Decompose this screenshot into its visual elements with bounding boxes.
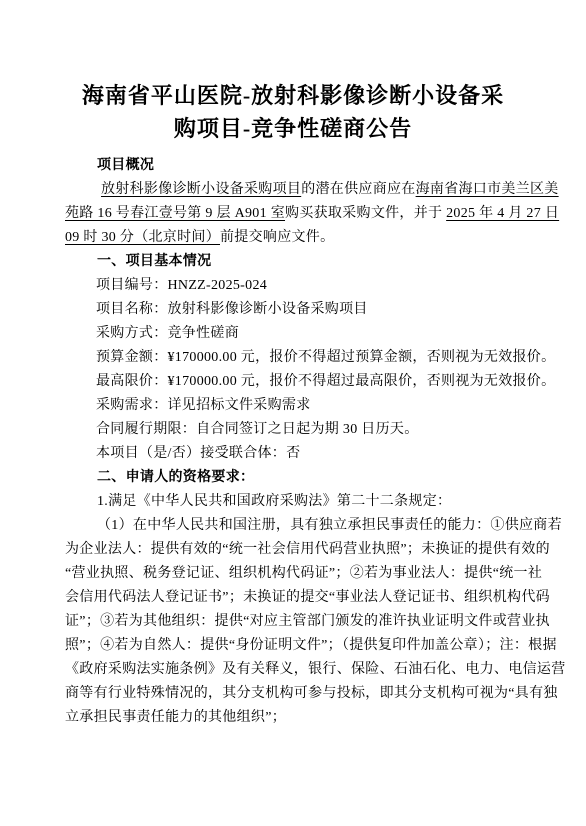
text-segment: 采购方式：竞争性磋商 bbox=[96, 326, 239, 341]
text-segment: 的潜在供应商应在 bbox=[301, 182, 415, 197]
text-segment: 照”；④若为自然人：提供“身份证明文件”；（提供复印件加盖公章）；注：根据 bbox=[65, 638, 557, 653]
text-segment: “营业执照、税务登记证、组织机构代码证”；②若为事业法人：提供“统一社 bbox=[65, 566, 542, 581]
document-line: 预算金额：¥170000.00 元，报价不得超过预算金额，否则视为无效报价。 bbox=[65, 346, 528, 370]
document-line: 本项目（是/否）接受联合体：否 bbox=[65, 442, 528, 466]
document-line: 1.满足《中华人民共和国政府采购法》第二十二条规定： bbox=[65, 490, 528, 514]
text-segment: 预算金额：¥170000.00 元，报价不得超过预算金额，否则视为无效报价。 bbox=[96, 350, 555, 365]
text-segment: 本项目（是/否）接受联合体：否 bbox=[96, 446, 300, 461]
document-line: 苑路 16 号春江壹号第 9 层 A901 室购买获取采购文件，并于 2025 … bbox=[65, 202, 528, 226]
text-segment: 项目概况 bbox=[97, 158, 154, 173]
document-line: 合同履行期限：自合同签订之日起为期 30 日历天。 bbox=[65, 418, 528, 442]
underlined-text-segment: 海南省海口市美兰区美 bbox=[416, 182, 559, 197]
text-segment: 商等有行业特殊情况的，其分支机构可参与投标，即其分支机构可视为“具有独 bbox=[65, 686, 558, 701]
document-line: 放射科影像诊断小设备采购项目的潜在供应商应在海南省海口市美兰区美 bbox=[65, 178, 528, 202]
document-line: “营业执照、税务登记证、组织机构代码证”；②若为事业法人：提供“统一社 bbox=[65, 562, 528, 586]
text-segment: 项目名称：放射科影像诊断小设备采购项目 bbox=[96, 302, 368, 317]
underlined-text-segment: 苑路 16 号春江壹号第 9 层 A901 室 bbox=[65, 206, 285, 221]
text-segment: （1）在中华人民共和国注册，具有独立承担民事责任的能力：①供应商若 bbox=[97, 518, 562, 533]
document-line: 项目名称：放射科影像诊断小设备采购项目 bbox=[65, 298, 528, 322]
document-line: 最高限价：¥170000.00 元，报价不得超过最高限价，否则视为无效报价。 bbox=[65, 370, 528, 394]
text-segment: 二、申请人的资格要求： bbox=[97, 470, 254, 485]
text-segment: 购买获取采购文件，并于 bbox=[285, 206, 446, 221]
underlined-text-segment: 09 时 30 分（北京时间） bbox=[65, 230, 220, 245]
text-segment: 立承担民事责任能力的其他组织”； bbox=[65, 710, 286, 725]
text-segment: 会信用代码法人登记证书”；未换证的提交“事业法人登记证书、组织机构代码 bbox=[65, 590, 550, 605]
document-line: 一、项目基本情况 bbox=[65, 250, 528, 274]
document-line: 证”；③若为其他组织：提供“对应主管部门颁发的准许执业证明文件或营业执 bbox=[65, 610, 528, 634]
text-segment: 项目编号：HNZZ-2025-024 bbox=[96, 278, 267, 293]
text-segment: 最高限价：¥170000.00 元，报价不得超过最高限价，否则视为无效报价。 bbox=[96, 374, 555, 389]
document-line: 项目编号：HNZZ-2025-024 bbox=[65, 274, 528, 298]
title-line-1: 海南省平山医院-放射科影像诊断小设备采 bbox=[0, 79, 586, 112]
document-line: 商等有行业特殊情况的，其分支机构可参与投标，即其分支机构可视为“具有独 bbox=[65, 682, 528, 706]
document-line: 《政府采购法实施条例》及有关释义，银行、保险、石油石化、电力、电信运营 bbox=[65, 658, 528, 682]
document-line: 照”；④若为自然人：提供“身份证明文件”；（提供复印件加盖公章）；注：根据 bbox=[65, 634, 528, 658]
document-page: 海南省平山医院-放射科影像诊断小设备采 购项目-竞争性磋商公告 项目概况放射科影… bbox=[0, 0, 586, 826]
text-segment: 1.满足《中华人民共和国政府采购法》第二十二条规定： bbox=[97, 494, 451, 509]
document-line: 项目概况 bbox=[65, 154, 528, 178]
document-title: 海南省平山医院-放射科影像诊断小设备采 购项目-竞争性磋商公告 bbox=[0, 0, 586, 145]
text-segment: 《政府采购法实施条例》及有关释义，银行、保险、石油石化、电力、电信运营 bbox=[65, 662, 566, 677]
text-segment: 为企业法人：提供有效的“统一社会信用代码营业执照”；未换证的提供有效的 bbox=[65, 542, 550, 557]
document-line: 立承担民事责任能力的其他组织”； bbox=[65, 706, 528, 730]
document-line: 09 时 30 分（北京时间）前提交响应文件。 bbox=[65, 226, 528, 250]
document-line: 为企业法人：提供有效的“统一社会信用代码营业执照”；未换证的提供有效的 bbox=[65, 538, 528, 562]
document-line: 二、申请人的资格要求： bbox=[65, 466, 528, 490]
document-line: 采购方式：竞争性磋商 bbox=[65, 322, 528, 346]
document-line: （1）在中华人民共和国注册，具有独立承担民事责任的能力：①供应商若 bbox=[65, 514, 528, 538]
text-segment: 前提交响应文件。 bbox=[220, 230, 334, 245]
document-body: 项目概况放射科影像诊断小设备采购项目的潜在供应商应在海南省海口市美兰区美苑路 1… bbox=[65, 154, 528, 730]
document-line: 会信用代码法人登记证书”；未换证的提交“事业法人登记证书、组织机构代码 bbox=[65, 586, 528, 610]
underlined-text-segment: 2025 年 4 月 27 日 bbox=[446, 206, 559, 221]
title-line-2: 购项目-竞争性磋商公告 bbox=[0, 112, 586, 145]
underlined-text-segment: 放射科影像诊断小设备采购项目 bbox=[101, 182, 301, 197]
text-segment: 采购需求：详见招标文件采购需求 bbox=[96, 398, 311, 413]
text-segment: 一、项目基本情况 bbox=[97, 254, 211, 269]
text-segment: 证”；③若为其他组织：提供“对应主管部门颁发的准许执业证明文件或营业执 bbox=[65, 614, 550, 629]
document-line: 采购需求：详见招标文件采购需求 bbox=[65, 394, 528, 418]
text-segment: 合同履行期限：自合同签订之日起为期 30 日历天。 bbox=[96, 422, 419, 437]
